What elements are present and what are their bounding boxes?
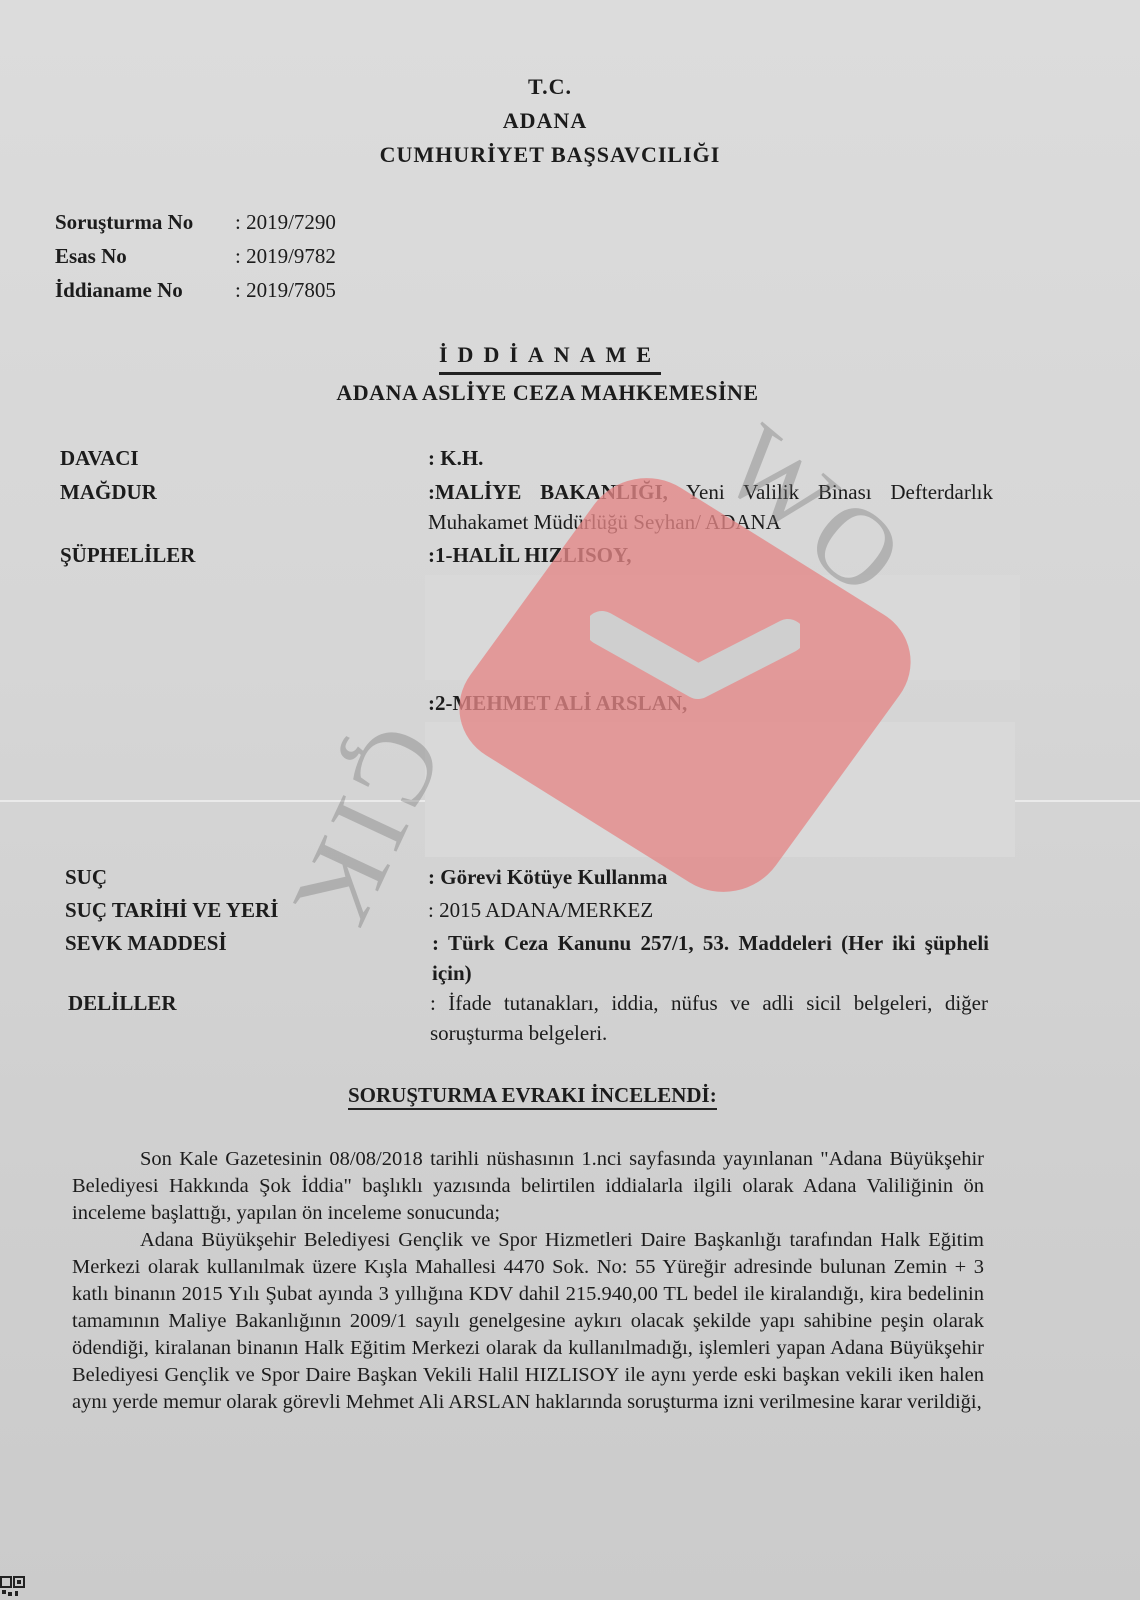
paragraph: Son Kale Gazetesinin 08/08/2018 tarihli … xyxy=(72,1146,984,1227)
field-suc-tarihi: SUÇ TARİHİ VE YERİ : 2015 ADANA/MERKEZ xyxy=(65,895,1065,925)
field-value: : 2015 ADANA/MERKEZ xyxy=(428,895,993,925)
title-block: İDDİANAME ADANA ASLİYE CEZA MAHKEMESİNE xyxy=(0,340,1050,409)
field-davaci: DAVACI : K.H. xyxy=(60,443,1060,473)
field-sevk: SEVK MADDESİ : Türk Ceza Kanunu 257/1, 5… xyxy=(65,928,1065,988)
case-number-value: : 2019/7290 xyxy=(235,205,336,239)
case-number-value: : 2019/7805 xyxy=(235,273,336,307)
header-office: CUMHURİYET BAŞSAVCILIĞI xyxy=(50,138,1050,172)
field-label: DAVACI xyxy=(60,443,360,473)
chevron-down-icon xyxy=(590,610,800,700)
header-city: ADANA xyxy=(40,104,1050,138)
field-deliller: DELİLLER : İfade tutanakları, iddia, nüf… xyxy=(68,988,1068,1048)
case-number-label: İddianame No xyxy=(55,273,235,307)
field-value: : İfade tutanakları, iddia, nüfus ve adl… xyxy=(430,988,988,1048)
court-name: ADANA ASLİYE CEZA MAHKEMESİNE xyxy=(45,377,1050,409)
qr-code-icon xyxy=(0,1575,26,1600)
case-number-row: Soruşturma No : 2019/7290 xyxy=(55,205,336,239)
field-suc: SUÇ : Görevi Kötüye Kullanma xyxy=(65,862,1065,892)
field-label: ŞÜPHELİLER xyxy=(60,540,360,570)
case-number-row: Esas No : 2019/9782 xyxy=(55,239,336,273)
case-number-label: Esas No xyxy=(55,239,235,273)
field-label: MAĞDUR xyxy=(60,477,360,507)
section-title: SORUŞTURMA EVRAKI İNCELENDİ: xyxy=(348,1082,717,1110)
case-number-value: : 2019/9782 xyxy=(235,239,336,273)
case-number-label: Soruşturma No xyxy=(55,205,235,239)
header-tc: T.C. xyxy=(50,70,1050,104)
field-value: : K.H. xyxy=(428,443,993,473)
field-label: SEVK MADDESİ xyxy=(65,928,365,958)
case-number-row: İddianame No : 2019/7805 xyxy=(55,273,336,307)
field-label: DELİLLER xyxy=(68,988,368,1018)
field-value: : Türk Ceza Kanunu 257/1, 53. Maddeleri … xyxy=(432,928,989,988)
document-header: T.C. ADANA CUMHURİYET BAŞSAVCILIĞI xyxy=(0,70,1050,172)
body-text: Son Kale Gazetesinin 08/08/2018 tarihli … xyxy=(72,1146,984,1416)
paragraph: Adana Büyükşehir Belediyesi Gençlik ve S… xyxy=(72,1227,984,1416)
case-numbers: Soruşturma No : 2019/7290 Esas No : 2019… xyxy=(55,205,336,307)
document-title: İDDİANAME xyxy=(439,340,661,375)
